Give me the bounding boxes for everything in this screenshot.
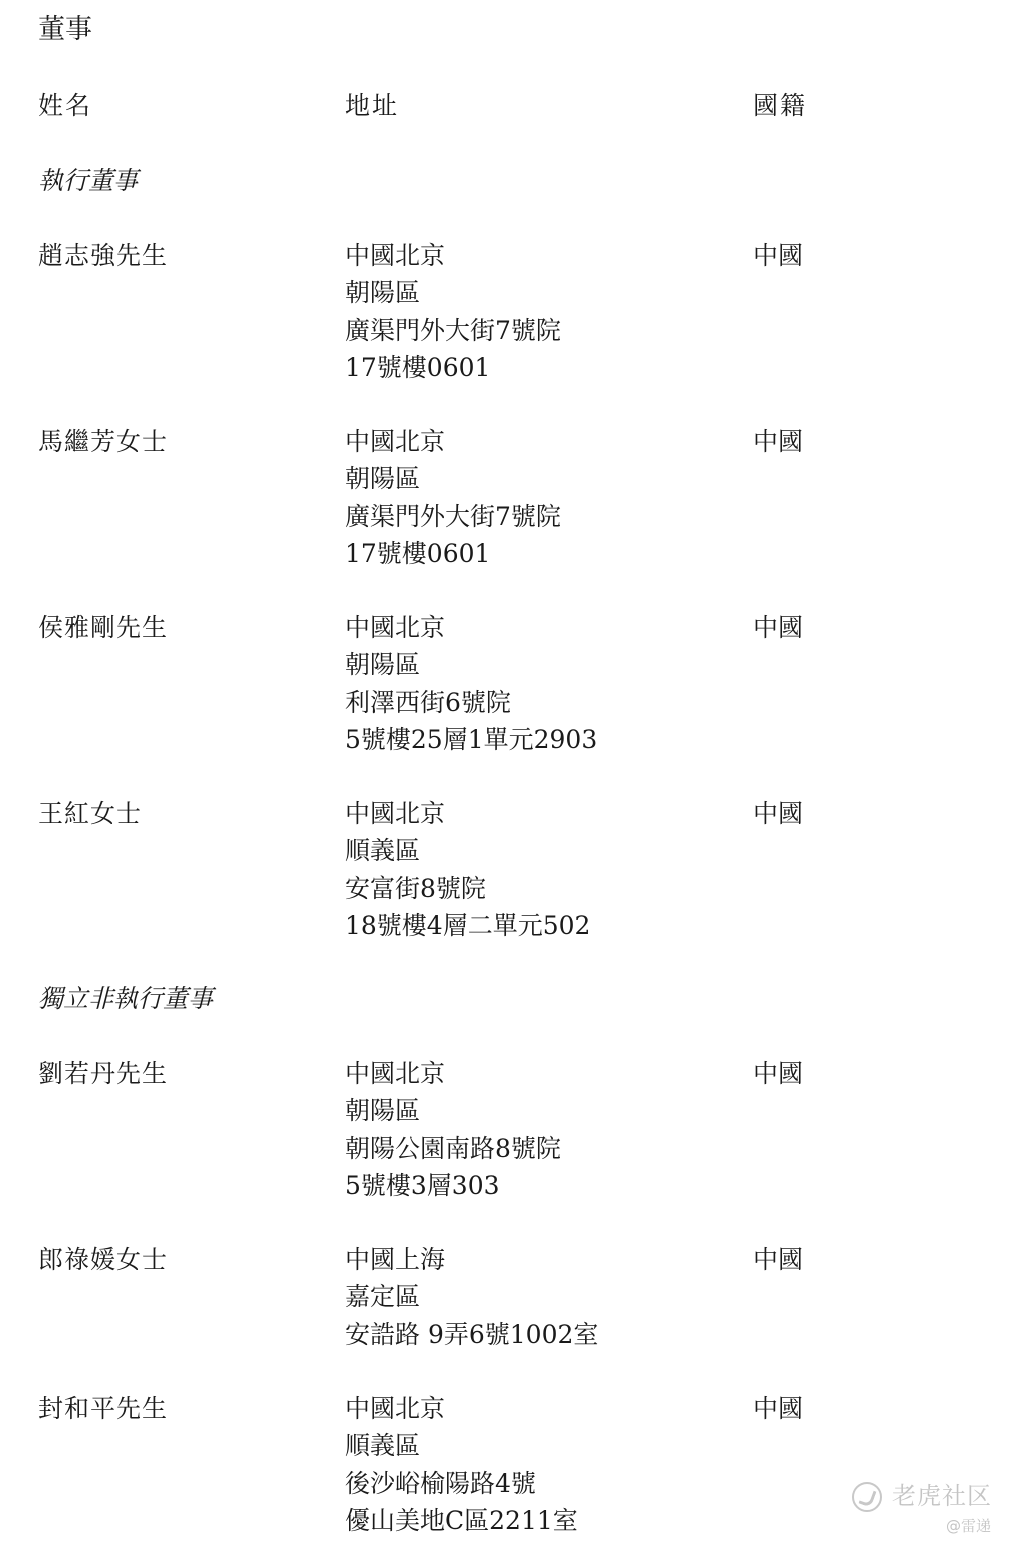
watermark-brand: 老虎社区	[892, 1480, 992, 1512]
address-line: 利澤西街6號院	[345, 684, 597, 721]
address-line: 17號樓0601	[345, 535, 561, 572]
address-line: 優山美地C區2211室	[345, 1502, 578, 1539]
address-line: 朝陽公園南路8號院	[345, 1130, 561, 1167]
column-header-address: 地址	[345, 88, 399, 124]
address-line: 18號樓4層二單元502	[345, 907, 590, 944]
address-line: 朝陽區	[345, 1092, 561, 1129]
column-header-nationality: 國籍	[753, 88, 807, 124]
address-line: 順義區	[345, 832, 590, 869]
director-nationality: 中國	[753, 237, 803, 274]
watermark-user: @雷递	[946, 1516, 991, 1536]
director-name: 王紅女士	[38, 795, 142, 832]
director-nationality: 中國	[753, 795, 803, 832]
address-line: 安誥路 9弄6號1002室	[345, 1316, 598, 1353]
address-line: 5號樓25層1單元2903	[345, 721, 597, 758]
address-line: 5號樓3層303	[345, 1167, 561, 1204]
director-nationality: 中國	[753, 609, 803, 646]
director-nationality: 中國	[753, 1055, 803, 1092]
address-line: 順義區	[345, 1427, 578, 1464]
director-name: 郎祿媛女士	[38, 1241, 168, 1278]
director-address: 中國北京 朝陽區 廣渠門外大街7號院 17號樓0601	[345, 423, 561, 572]
director-address: 中國北京 順義區 後沙峪榆陽路4號 優山美地C區2211室	[345, 1390, 578, 1539]
address-line: 中國北京	[345, 1390, 578, 1427]
address-line: 中國北京	[345, 1055, 561, 1092]
director-name: 劉若丹先生	[38, 1055, 168, 1092]
address-line: 安富街8號院	[345, 870, 590, 907]
address-line: 嘉定區	[345, 1278, 598, 1315]
director-address: 中國北京 朝陽區 利澤西街6號院 5號樓25層1單元2903	[345, 609, 597, 758]
director-address: 中國北京 順義區 安富街8號院 18號樓4層二單元502	[345, 795, 590, 944]
address-line: 朝陽區	[345, 460, 561, 497]
address-line: 中國北京	[345, 795, 590, 832]
director-name: 侯雅剛先生	[38, 609, 168, 646]
page-title: 董事	[38, 12, 92, 48]
section-heading-executive-directors: 執行董事	[38, 163, 138, 199]
address-line: 後沙峪榆陽路4號	[345, 1465, 578, 1502]
column-header-name: 姓名	[38, 88, 92, 124]
address-line: 廣渠門外大街7號院	[345, 312, 561, 349]
director-address: 中國北京 朝陽區 朝陽公園南路8號院 5號樓3層303	[345, 1055, 561, 1204]
address-line: 朝陽區	[345, 646, 597, 683]
address-line: 中國北京	[345, 609, 597, 646]
address-line: 廣渠門外大街7號院	[345, 498, 561, 535]
address-line: 中國上海	[345, 1241, 598, 1278]
director-name: 封和平先生	[38, 1390, 168, 1427]
director-nationality: 中國	[753, 423, 803, 460]
director-address: 中國北京 朝陽區 廣渠門外大街7號院 17號樓0601	[345, 237, 561, 386]
director-nationality: 中國	[753, 1390, 803, 1427]
director-name: 趙志強先生	[38, 237, 168, 274]
address-line: 中國北京	[345, 423, 561, 460]
director-nationality: 中國	[753, 1241, 803, 1278]
watermark: 老虎社区 @雷递	[852, 1480, 1002, 1550]
tiger-logo-icon	[852, 1482, 882, 1512]
address-line: 中國北京	[345, 237, 561, 274]
director-address: 中國上海 嘉定區 安誥路 9弄6號1002室	[345, 1241, 598, 1353]
section-heading-independent-non-executive-directors: 獨立非執行董事	[38, 981, 213, 1017]
address-line: 朝陽區	[345, 274, 561, 311]
address-line: 17號樓0601	[345, 349, 561, 386]
director-name: 馬繼芳女士	[38, 423, 168, 460]
